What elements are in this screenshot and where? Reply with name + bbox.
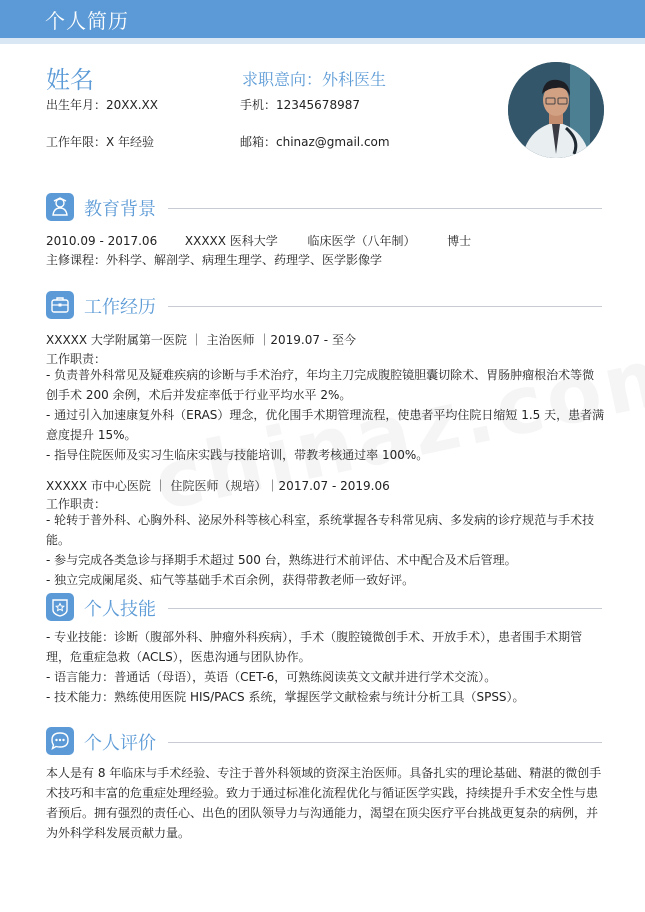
avatar — [508, 62, 604, 158]
education-courses: 主修课程：外科学、解剖学、病理生理学、药理学、医学影像学 — [46, 251, 382, 268]
skill-item: - 语言能力：普通话（母语），英语（CET-6，可熟练阅读英文文献并进行学术交流… — [46, 667, 606, 687]
job-header: XXXXX 大学附属第一医院 ｜ 主治医师 ｜2019.07 - 至今 — [46, 331, 356, 348]
graduate-user-icon — [46, 193, 74, 221]
section-divider — [168, 306, 602, 307]
education-school: XXXXX 医科大学 — [185, 234, 278, 248]
section-divider — [168, 742, 602, 743]
skill-item: - 技术能力：熟练使用医院 HIS/PACS 系统，掌握医学文献检索与统计分析工… — [46, 687, 606, 707]
section-divider — [168, 208, 602, 209]
briefcase-icon — [46, 291, 74, 319]
duty-item: - 参与完成各类急诊与择期手术超过 500 台，熟练进行术前评估、术中配合及术后… — [46, 550, 606, 570]
job-header: XXXXX 市中心医院 ｜ 住院医师（规培）｜2017.07 - 2019.06 — [46, 477, 390, 494]
duty-item: - 通过引入加速康复外科（ERAS）理念，优化围手术期管理流程，使患者平均住院日… — [46, 405, 606, 445]
education-major: 临床医学（八年制） — [307, 234, 415, 248]
candidate-name: 姓名 — [46, 60, 94, 95]
email: 邮箱：chinaz@gmail.com — [240, 133, 390, 150]
duty-item: - 指导住院医师及实习生临床实践与技能培训，带教考核通过率 100%。 — [46, 445, 606, 465]
birth-date: 出生年月：20XX.XX — [46, 96, 158, 113]
job-intent: 求职意向：外科医生 — [242, 67, 386, 90]
phone: 手机：12345678987 — [240, 96, 360, 113]
job-duties: - 负责普外科常见及疑难疾病的诊断与手术治疗，年均主刀完成腹腔镜胆囊切除术、胃肠… — [46, 365, 606, 465]
section-evaluation-header: 个人评价 — [46, 727, 602, 757]
section-title-evaluation: 个人评价 — [84, 729, 156, 755]
education-period: 2010.09 - 2017.06 — [46, 234, 157, 248]
section-title-education: 教育背景 — [84, 195, 156, 221]
header-shadow — [0, 38, 645, 44]
section-skills-header: 个人技能 — [46, 593, 602, 623]
education-degree: 博士 — [447, 234, 471, 248]
header-bar: 个人简历 — [0, 0, 645, 38]
section-divider — [168, 608, 602, 609]
education-row: 2010.09 - 2017.06 XXXXX 医科大学 临床医学（八年制） 博… — [46, 232, 471, 249]
section-title-skills: 个人技能 — [84, 595, 156, 621]
duty-item: - 负责普外科常见及疑难疾病的诊断与手术治疗，年均主刀完成腹腔镜胆囊切除术、胃肠… — [46, 365, 606, 405]
section-title-experience: 工作经历 — [84, 293, 156, 319]
section-experience-header: 工作经历 — [46, 291, 602, 321]
duty-item: - 轮转于普外科、心胸外科、泌尿外科等核心科室，系统掌握各专科常见病、多发病的诊… — [46, 510, 606, 550]
skill-item: - 专业技能：诊断（腹部外科、肿瘤外科疾病），手术（腹腔镜微创手术、开放手术），… — [46, 627, 606, 667]
doctor-portrait-icon — [508, 62, 604, 158]
duty-item: - 独立完成阑尾炎、疝气等基础手术百余例，获得带教老师一致好评。 — [46, 570, 606, 590]
section-education-header: 教育背景 — [46, 193, 602, 223]
page-title: 个人简历 — [45, 5, 129, 34]
job-duties: - 轮转于普外科、心胸外科、泌尿外科等核心科室，系统掌握各专科常见病、多发病的诊… — [46, 510, 606, 590]
shield-star-icon — [46, 593, 74, 621]
chat-bubble-icon — [46, 727, 74, 755]
work-years: 工作年限：X 年经验 — [46, 133, 154, 150]
skills-list: - 专业技能：诊断（腹部外科、肿瘤外科疾病），手术（腹腔镜微创手术、开放手术），… — [46, 627, 606, 707]
evaluation-text: 本人是有 8 年临床与手术经验、专注于普外科领域的资深主治医师。具备扎实的理论基… — [46, 763, 606, 843]
